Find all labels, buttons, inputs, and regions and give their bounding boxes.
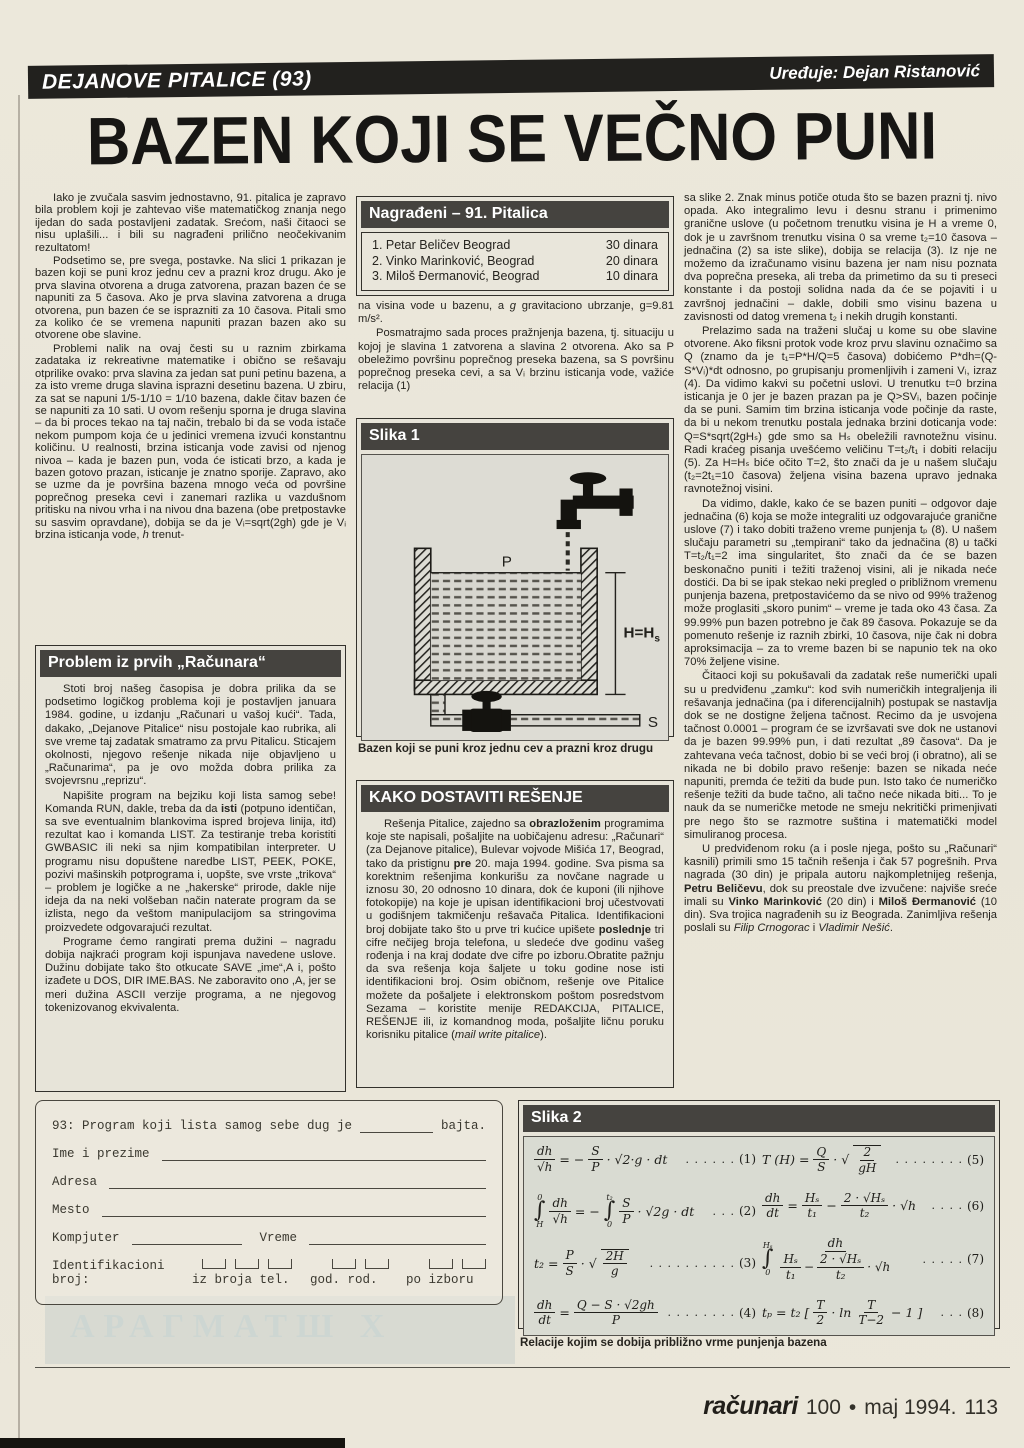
id-group-label: po izboru [406,1273,474,1287]
coupon-question-suffix: bajta. [441,1119,486,1133]
figure2-box: Slika 2 dh√h = − SP · √2·g · dt . . . . … [518,1100,1000,1329]
scan-edge-artifact [18,95,20,1440]
figure2-formulas: dh√h = − SP · √2·g · dt . . . . . .(1) 0… [523,1136,995,1336]
label-p: P [502,554,512,571]
figure2-caption: Relacije kojim se dobija približno vrme … [520,1336,990,1349]
time-field[interactable] [309,1231,486,1245]
award-winner: 3. Miloš Đermanović, Beograd [372,269,539,285]
water [431,573,581,681]
paragraph: U predviđenom roku (a i posle njega, poš… [684,843,997,935]
award-prize: 10 dinara [606,269,658,285]
print-bleed-ghost-text: АРАГМАТШ X [70,1308,393,1346]
paragraph: Čitaoci koji su pokušavali da zadatak re… [684,670,997,842]
figure1-title: Slika 1 [361,423,669,450]
section-header-bar: DEJANOVE PITALICE (93) Uređuje: Dejan Ri… [28,54,994,99]
problem-box: Problem iz prvih „Računara“ Stoti broj n… [35,645,346,1092]
how-to-submit-title: KAKO DOSTAVITI REŠENJE [361,785,669,812]
footer-rule [35,1367,1010,1368]
award-row: 1. Petar Beličev Beograd 30 dinara [372,238,658,254]
faucet-icon [557,472,634,529]
paragraph: Programe ćemo rangirati prema dužini – n… [45,936,336,1015]
how-to-submit-box: KAKO DOSTAVITI REŠENJE Rešenja Pitalice,… [356,780,674,1088]
paragraph: sa slike 2. Znak minus potiče otuda što … [684,192,997,324]
bullet-separator: • [849,1396,856,1420]
page-number: 113 [965,1396,998,1420]
tank-bottom [415,680,598,694]
paragraph: Posmatrajmo sada proces pražnjenja bazen… [358,327,674,393]
page-footer: računari 100 • maj 1994. 113 [703,1392,998,1421]
formula-6: dhdt = Hₛt₁ − 2 · √Hₛt₂ · √h . . . .(6) [762,1192,984,1220]
scan-edge-artifact-bottom [0,1438,345,1448]
editor-credit: Uređuje: Dejan Ristanović [769,61,980,84]
problem-box-body: Stoti broj našeg časopisa je dobra prili… [36,681,345,1024]
pool-diagram: P H=Hs S [362,455,670,735]
awards-box: Nagrađeni – 91. Pitalica 1. Petar Beliče… [356,196,674,296]
paragraph: Podsetimo se, pre svega, postavke. Na sl… [35,255,346,342]
name-label: Ime i prezime [52,1147,150,1161]
awards-box-title: Nagrađeni – 91. Pitalica [361,201,669,228]
tank-right-wall [581,548,597,690]
figure1-box: Slika 1 [356,418,674,737]
middle-column: na visina vode u bazenu, a g gravitacion… [358,300,674,394]
computer-field[interactable] [132,1231,242,1245]
rubric-title: DEJANOVE PITALICE (93) [42,67,312,94]
magazine-page: АРАГМАТШ X DEJANOVE PITALICE (93) Uređuj… [0,0,1024,1448]
figure2-title: Slika 2 [523,1105,995,1132]
how-to-submit-body: Rešenja Pitalice, zajedno sa obrazloženi… [357,816,673,1051]
formula-3: t₂ = PS · √2Hg . . . . . . . . . .(3) [534,1249,756,1278]
award-row: 3. Miloš Đermanović, Beograd 10 dinara [372,269,658,285]
paragraph: Stoti broj našeg časopisa je dobra prili… [45,683,336,789]
paragraph: Napišite program na bejziku koji lista s… [45,790,336,935]
label-s: S [648,714,658,731]
award-prize: 20 dinara [606,254,658,270]
award-prize: 30 dinara [606,238,658,254]
article-title: BAZEN KOJI SE VEČNO PUNI [0,96,1024,180]
formula-7: Hₛ∫0 dh Hₛt₁ − 2 · √Hₛt₂ · √h . . . . .(… [762,1237,984,1281]
label-height: H=Hs [624,625,661,645]
formula-4: dhdt = Q − S · √2ghP . . . . . . . .(4) [534,1299,756,1327]
time-label: Vreme [260,1231,298,1245]
paragraph: Iako je zvučala sasvim jednostavno, 91. … [35,192,346,254]
answer-coupon: 93: Program koji lista samog sebe dug je… [35,1100,503,1305]
formula-2: 0∫H dh√h = − t₂∫0 SP · √2g · dt . . .(2) [534,1194,756,1228]
left-column: Iako je zvučala sasvim jednostavno, 91. … [35,192,346,542]
paragraph: na visina vode u bazenu, a g gravitacion… [358,300,674,326]
id-group-label: god. rod. [310,1273,406,1287]
formula-8: tₚ = t₂ [ T2 · ln TT−2 − 1 ] . . .(8) [762,1299,984,1327]
awards-list: 1. Petar Beličev Beograd 30 dinara 2. Vi… [361,232,669,291]
award-winner: 1. Petar Beličev Beograd [372,238,510,254]
problem-box-title: Problem iz prvih „Računara“ [40,650,341,677]
formula-1: dh√h = − SP · √2·g · dt . . . . . .(1) [534,1145,756,1173]
figure1-caption: Bazen koji se puni kroz jednu cev a praz… [358,742,674,756]
issue-number: 100 [806,1396,841,1420]
city-label: Mesto [52,1203,90,1217]
id-digit-boxes[interactable] [202,1259,486,1269]
right-column: sa slike 2. Znak minus potiče otuda što … [684,192,997,936]
address-label: Adresa [52,1175,97,1189]
id-label: Identifikacioni broj: [52,1259,186,1287]
magazine-logo: računari [703,1392,798,1421]
coupon-question: 93: Program koji lista samog sebe dug je [52,1119,352,1133]
paragraph: Rešenja Pitalice, zajedno sa obrazloženi… [366,818,664,1042]
issue-date: maj 1994. [864,1396,956,1420]
computer-label: Kompjuter [52,1231,120,1245]
outlet-pipe-horizontal [431,715,640,726]
valve-icon [462,691,511,732]
paragraph: Problemi nalik na ovaj česti su u raznim… [35,343,346,542]
paragraph: Prelazimo sada na traženi slučaj u kome … [684,325,997,497]
figure1-drawing: P H=Hs S [361,454,669,741]
answer-blank[interactable] [360,1119,433,1133]
formula-5: T (H) = QS · √2gH . . . . . . . .(5) [762,1145,984,1174]
id-group-label: iz broja tel. [192,1273,292,1287]
address-field[interactable] [109,1175,486,1189]
paragraph: Da vidimo, dakle, kako će se bazen punit… [684,498,997,670]
tank-left-wall [415,548,431,690]
name-field[interactable] [162,1147,486,1161]
city-field[interactable] [102,1203,486,1217]
award-winner: 2. Vinko Marinković, Beograd [372,254,534,270]
award-row: 2. Vinko Marinković, Beograd 20 dinara [372,254,658,270]
